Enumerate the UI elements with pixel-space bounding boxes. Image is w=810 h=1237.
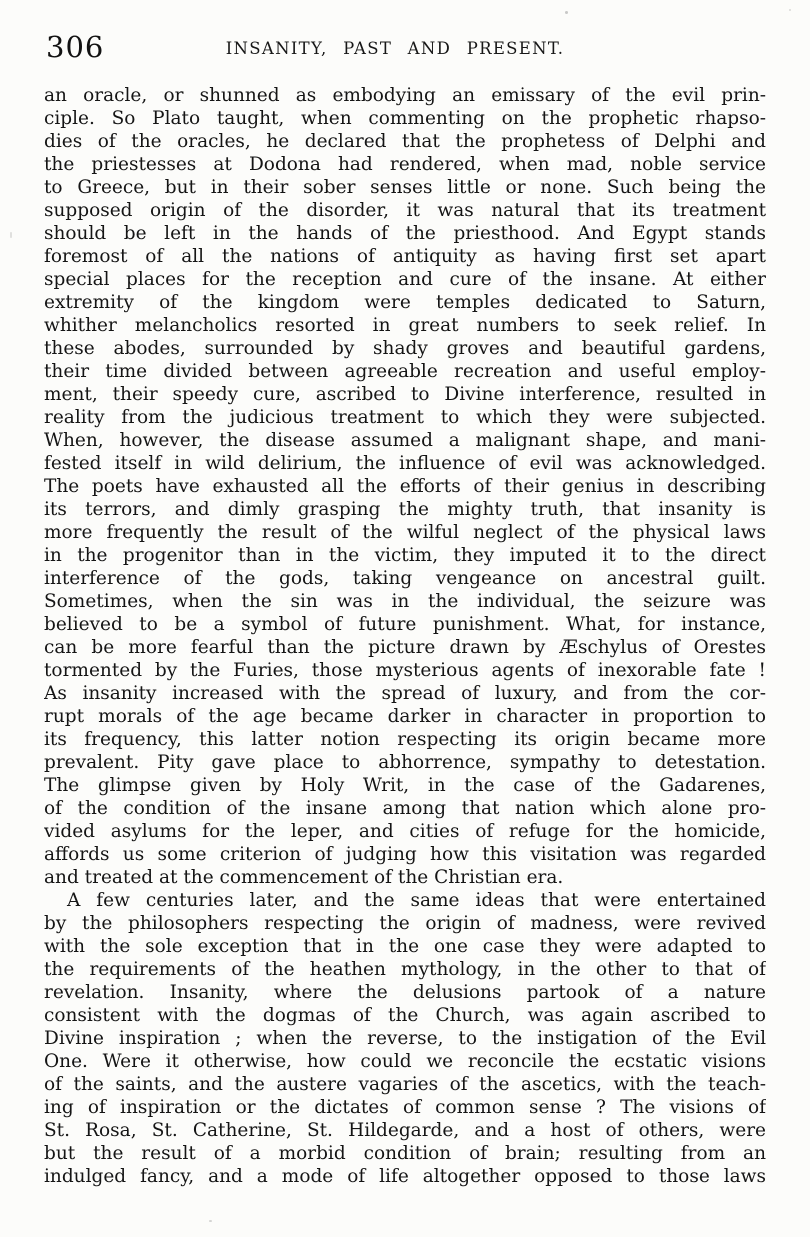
text-line: revelation. Insanity, where the delusion… xyxy=(44,981,766,1004)
text-line: its frequency, this latter notion respec… xyxy=(44,728,766,751)
text-line: tormented by the Furies, those mysteriou… xyxy=(44,659,766,682)
text-line: with the sole exception that in the one … xyxy=(44,935,766,958)
text-line: affords us some criterion of judging how… xyxy=(44,843,766,866)
text-line: supposed origin of the disorder, it was … xyxy=(44,199,766,222)
text-line: but the result of a morbid condition of … xyxy=(44,1142,766,1165)
text-line: ciple. So Plato taught, when commenting … xyxy=(44,107,766,130)
text-line: of the condition of the insane among tha… xyxy=(44,797,766,820)
text-line: prevalent. Pity gave place to abhorrence… xyxy=(44,751,766,774)
text-line: indulged fancy, and a mode of life altog… xyxy=(44,1165,766,1188)
paragraph: an oracle, or shunned as embodying an em… xyxy=(44,84,766,889)
text-line: interference of the gods, taking vengean… xyxy=(44,567,766,590)
text-line: foremost of all the nations of antiquity… xyxy=(44,245,766,268)
text-line: Divine inspiration ; when the reverse, t… xyxy=(44,1027,766,1050)
text-line: St. Rosa, St. Catherine, St. Hildegarde,… xyxy=(44,1119,766,1142)
text-line: As insanity increased with the spread of… xyxy=(44,682,766,705)
text-line: more frequently the result of the wilful… xyxy=(44,521,766,544)
text-line: The glimpse given by Holy Writ, in the c… xyxy=(44,774,766,797)
text-line: their time divided between agreeable rec… xyxy=(44,360,766,383)
text-line: whither melancholics resorted in great n… xyxy=(44,314,766,337)
text-line: to Greece, but in their sober senses lit… xyxy=(44,176,766,199)
text-line: One. Were it otherwise, how could we rec… xyxy=(44,1050,766,1073)
text-line: When, however, the disease assumed a mal… xyxy=(44,429,766,452)
text-line: believed to be a symbol of future punish… xyxy=(44,613,766,636)
scan-speckle xyxy=(10,232,12,238)
scan-speckle xyxy=(789,9,791,11)
text-line: these abodes, surrounded by shady groves… xyxy=(44,337,766,360)
scan-speckle xyxy=(228,96,230,98)
text-line: The poets have exhausted all the efforts… xyxy=(44,475,766,498)
text-line: the priestesses at Dodona had rendered, … xyxy=(44,153,766,176)
text-line: of the saints, and the austere vagaries … xyxy=(44,1073,766,1096)
text-line: vided asylums for the leper, and cities … xyxy=(44,820,766,843)
text-line: should be left in the hands of the pries… xyxy=(44,222,766,245)
text-line: the requirements of the heathen mytholog… xyxy=(44,958,766,981)
text-line: consistent with the dogmas of the Church… xyxy=(44,1004,766,1027)
text-line: an oracle, or shunned as embodying an em… xyxy=(44,84,766,107)
paragraph: A few centuries later, and the same idea… xyxy=(44,889,766,1188)
page-header: 306 INSANITY, PAST AND PRESENT. xyxy=(44,30,766,62)
running-title: INSANITY, PAST AND PRESENT. xyxy=(44,39,746,59)
scan-speckle xyxy=(209,1220,212,1222)
text-line: and treated at the commencement of the C… xyxy=(44,866,766,889)
text-line: extremity of the kingdom were temples de… xyxy=(44,291,766,314)
text-line: special places for the reception and cur… xyxy=(44,268,766,291)
text-line: by the philosophers respecting the origi… xyxy=(44,912,766,935)
scan-speckle xyxy=(565,11,568,14)
text-line: A few centuries later, and the same idea… xyxy=(44,889,766,912)
text-line: can be more fearful than the picture dra… xyxy=(44,636,766,659)
text-line: reality from the judicious treatment to … xyxy=(44,406,766,429)
text-line: ing of inspiration or the dictates of co… xyxy=(44,1096,766,1119)
text-line: in the progenitor than in the victim, th… xyxy=(44,544,766,567)
text-line: fested itself in wild delirium, the infl… xyxy=(44,452,766,475)
text-line: its terrors, and dimly grasping the migh… xyxy=(44,498,766,521)
text-line: ment, their speedy cure, ascribed to Div… xyxy=(44,383,766,406)
text-line: Sometimes, when the sin was in the indiv… xyxy=(44,590,766,613)
text-line: dies of the oracles, he declared that th… xyxy=(44,130,766,153)
book-page: 306 INSANITY, PAST AND PRESENT. an oracl… xyxy=(0,0,810,1237)
page-body: an oracle, or shunned as embodying an em… xyxy=(44,84,766,1188)
text-line: rupt morals of the age became darker in … xyxy=(44,705,766,728)
